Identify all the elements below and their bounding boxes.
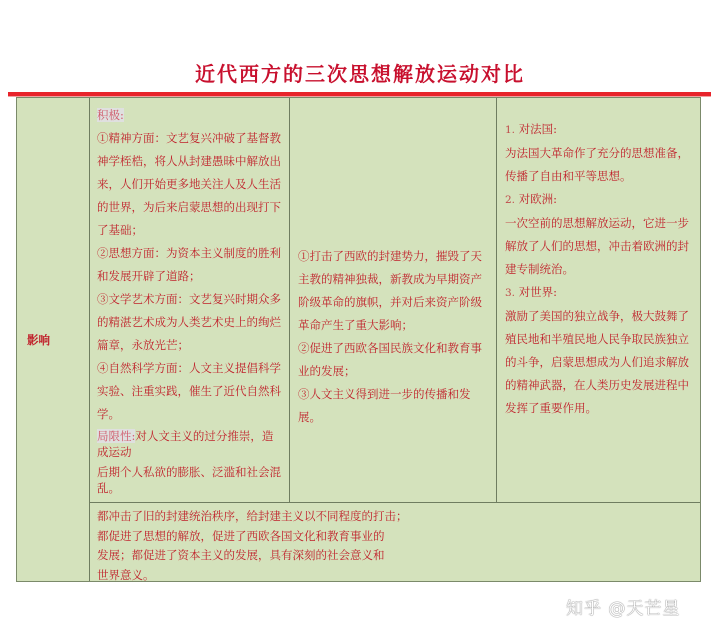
positive-label: 积极: xyxy=(97,108,124,122)
reformation-point: ③人文主义得到进一步的传播和发展。 xyxy=(298,383,490,429)
limitation-text: 后期个人私欲的膨胀、泛滥和社会混乱。 xyxy=(97,464,281,496)
renaissance-point: ④自然科学方面：人文主义提倡科学实验、注重实践，催生了近代自然科学。 xyxy=(97,357,281,426)
row-label-influence: 影响 xyxy=(17,98,89,581)
renaissance-point: ②思想方面：为资本主义制度的胜利和发展开辟了道路； xyxy=(97,242,281,288)
common-line: 世界意义。 xyxy=(97,566,692,586)
renaissance-point: ③文学艺术方面：文艺复兴时期众多的精湛艺术成为人类艺术史上的绚烂篇章，永放光芒； xyxy=(97,288,281,357)
common-influence-cell: 都冲击了旧的封建统治秩序，给封建主义以不同程度的打击； 都促进了思想的解放，促进… xyxy=(90,503,700,581)
section-text: 为法国大革命作了充分的思想准备，传播了自由和平等思想。 xyxy=(505,142,694,188)
enlightenment-cell: 1. 对法国: 为法国大革命作了充分的思想准备，传播了自由和平等思想。 2. 对… xyxy=(497,98,700,502)
title-divider xyxy=(8,92,711,96)
comparison-table: 影响 积极: ①精神方面：文艺复兴冲破了基督教神学桎梏，将人从封建愚昧中解放出来… xyxy=(16,97,701,582)
section-heading: 对世界: xyxy=(519,285,557,299)
common-line: 都促进了思想的解放，促进了西欧各国文化和教育事业的 xyxy=(97,527,692,547)
section-number: 1. xyxy=(505,124,515,136)
watermark: 知乎 @天芒星 xyxy=(566,594,680,619)
reformation-point: ②促进了西欧各国民族文化和教育事业的发展； xyxy=(298,337,490,383)
common-line: 都冲击了旧的封建统治秩序，给封建主义以不同程度的打击； xyxy=(97,507,692,527)
section-text: 激励了美国的独立战争，极大鼓舞了殖民地和半殖民地人民争取民族独立的斗争，启蒙思想… xyxy=(505,305,694,420)
renaissance-cell: 积极: ①精神方面：文艺复兴冲破了基督教神学桎梏，将人从封建愚昧中解放出来，人们… xyxy=(90,98,289,502)
section-number: 2. xyxy=(505,194,515,206)
section-text: 一次空前的思想解放运动，它进一步解放了人们的思想，冲击着欧洲的封建专制统治。 xyxy=(505,212,694,281)
reformation-cell: ①打击了西欧的封建势力，摧毁了天主教的精神独裁，新教成为早期资产阶级革命的旗帜，… xyxy=(290,98,496,502)
section-number: 3. xyxy=(505,287,515,299)
limitation-label: 局限性: xyxy=(97,429,135,443)
page-title: 近代西方的三次思想解放运动对比 xyxy=(0,58,720,87)
reformation-point: ①打击了西欧的封建势力，摧毁了天主教的精神独裁，新教成为早期资产阶级革命的旗帜，… xyxy=(298,245,490,337)
common-line: 发展；都促进了资本主义的发展，具有深刻的社会意义和 xyxy=(97,546,692,566)
section-heading: 对欧洲: xyxy=(519,192,557,206)
section-heading: 对法国: xyxy=(519,122,557,136)
renaissance-point: ①精神方面：文艺复兴冲破了基督教神学桎梏，将人从封建愚昧中解放出来，人们开始更多… xyxy=(97,127,281,242)
